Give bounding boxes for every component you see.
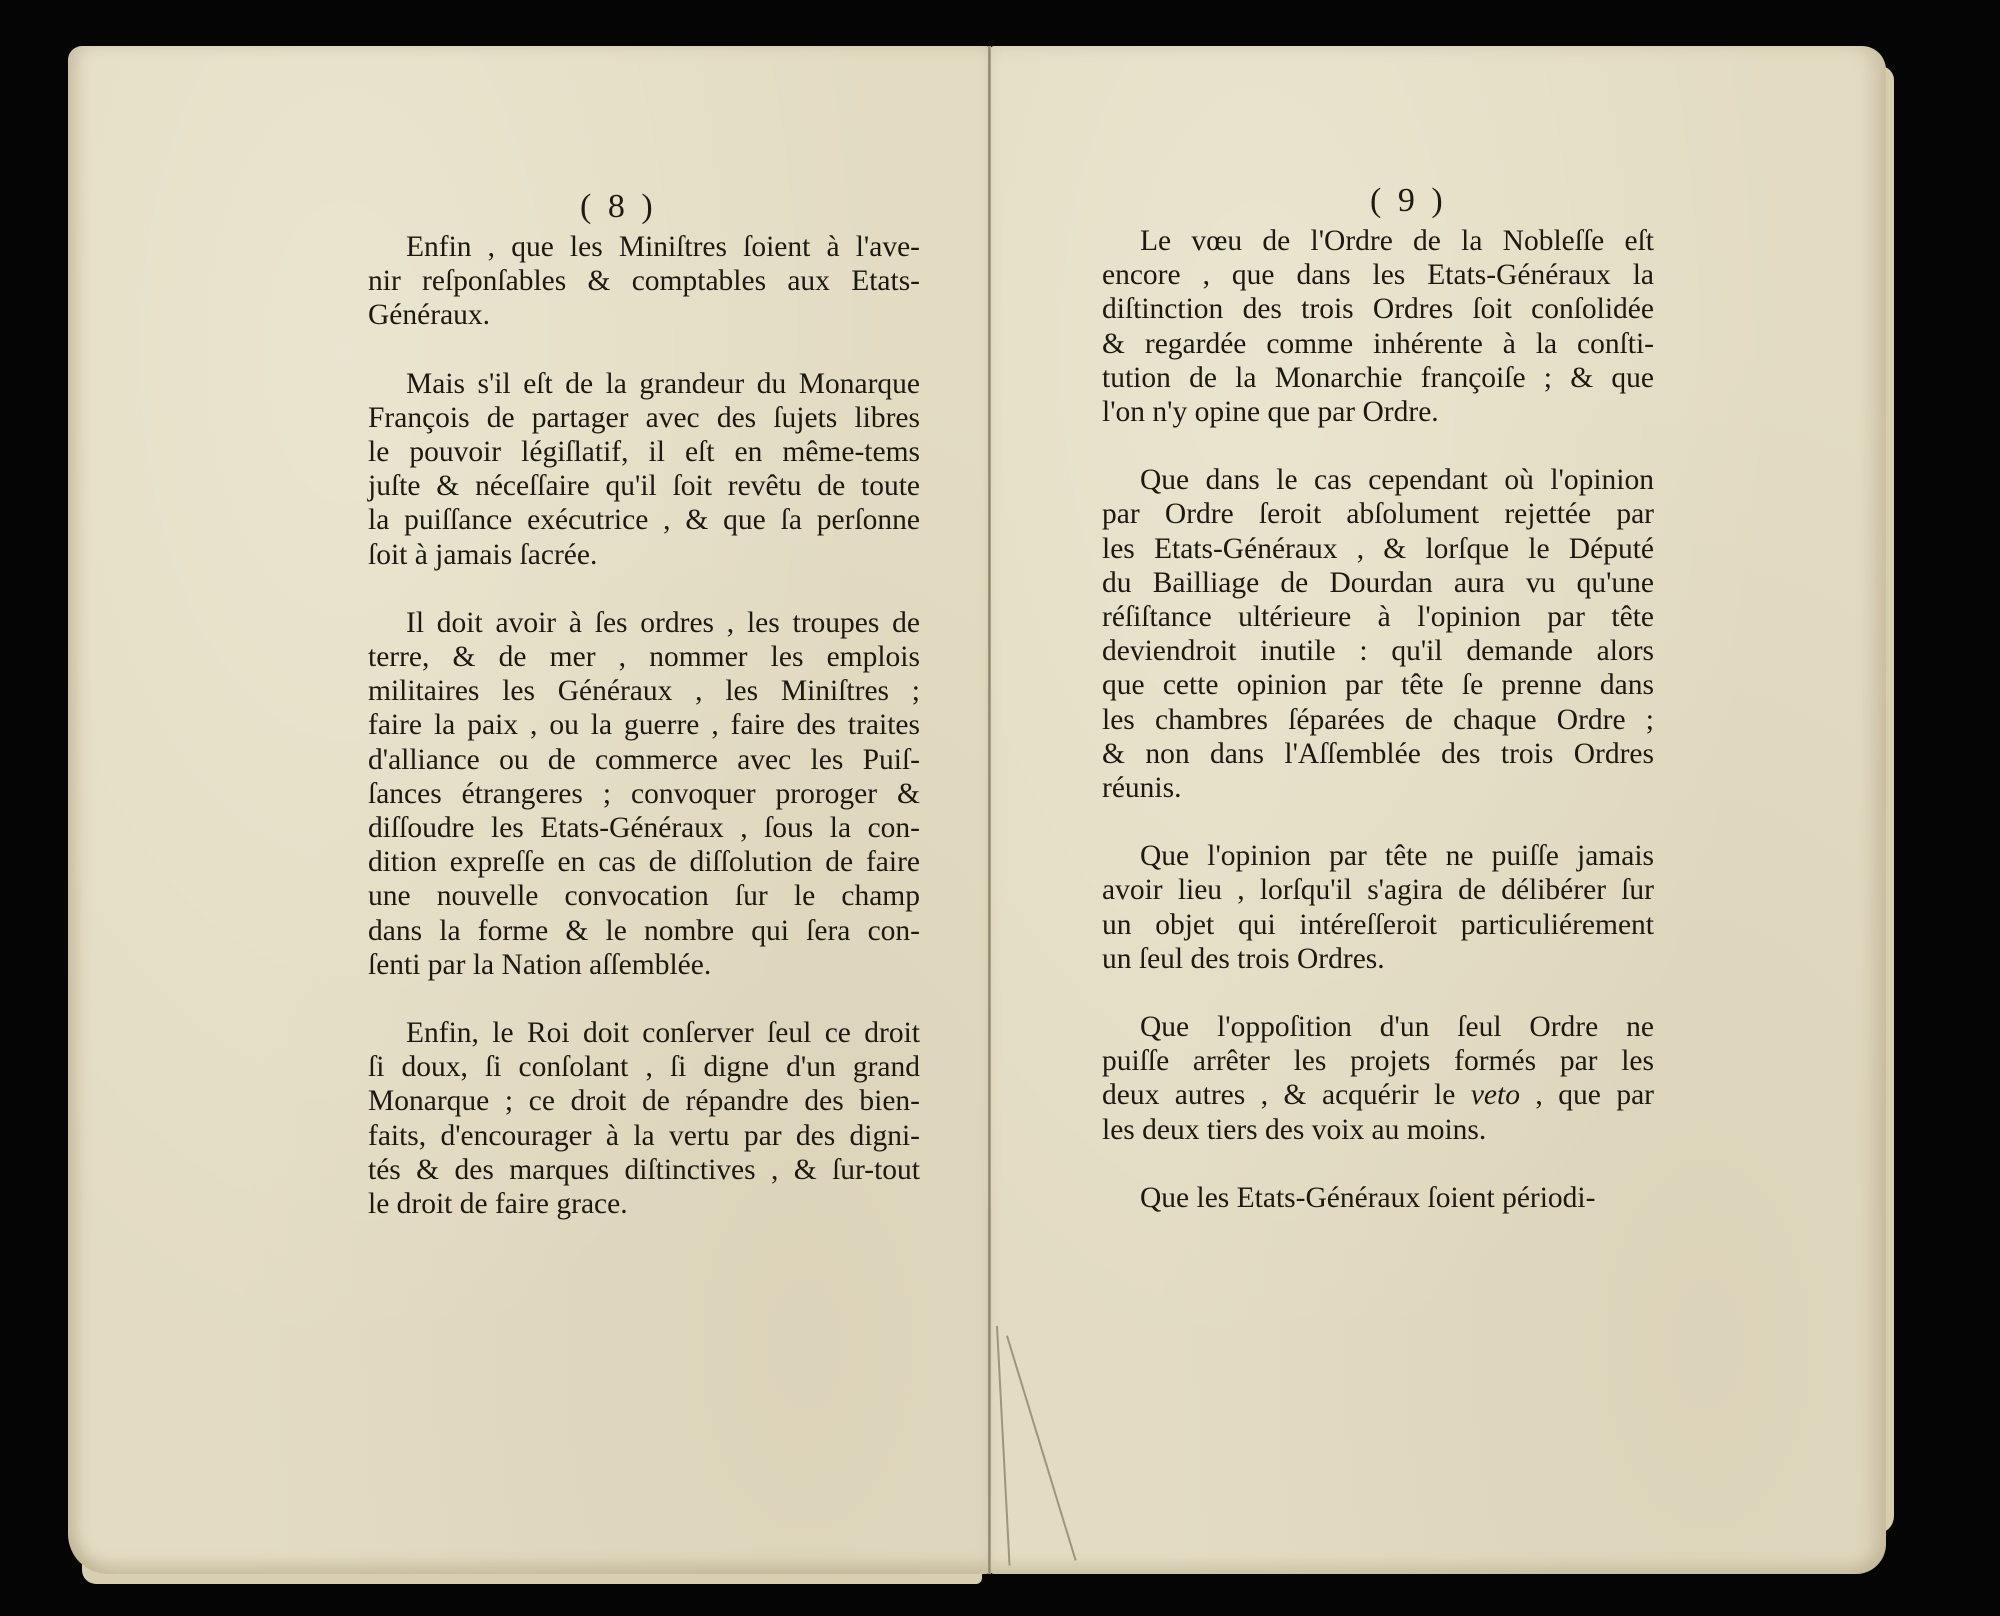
text-line: les Etats-Généraux , & lorſque le Député bbox=[1064, 532, 1654, 566]
paragraph: Il doit avoir à ſes ordres , les troupes… bbox=[330, 606, 920, 982]
text-line: François de partager avec des ſujets lib… bbox=[330, 401, 920, 435]
text-line: par Ordre ſeroit abſolument rejettée par bbox=[1064, 497, 1654, 531]
text-line: faire la paix , ou la guerre , faire des… bbox=[330, 708, 920, 742]
text-line: une nouvelle convocation ſur le champ bbox=[330, 879, 920, 913]
italic-word: veto bbox=[1471, 1079, 1520, 1111]
text-segment: , que par bbox=[1520, 1079, 1654, 1111]
text-line: terre, & de mer , nommer les emplois bbox=[330, 640, 920, 674]
text-line: Que les Etats-Généraux ſoient périodi- bbox=[1064, 1181, 1654, 1215]
paragraph: Le vœu de l'Ordre de la Nobleſſe eſt enc… bbox=[1064, 224, 1654, 429]
text-line: nir reſponſables & comptables aux Etats- bbox=[330, 264, 920, 298]
book-spine bbox=[988, 46, 991, 1574]
paragraph: Enfin , que les Miniſtres ſoient à l'ave… bbox=[330, 230, 920, 333]
text-line: le pouvoir légiſlatif, il eſt en même-te… bbox=[330, 435, 920, 469]
text-line: Enfin , que les Miniſtres ſoient à l'ave… bbox=[330, 230, 920, 264]
text-line: la puiſſance exécutrice , & que ſa perſo… bbox=[330, 503, 920, 537]
text-line: réunis. bbox=[1064, 771, 1654, 805]
text-line: & non dans l'Aſſemblée des trois Ordres bbox=[1064, 737, 1654, 771]
text-line: du Bailliage de Dourdan aura vu qu'une bbox=[1064, 566, 1654, 600]
right-text-column: Le vœu de l'Ordre de la Nobleſſe eſt enc… bbox=[1064, 224, 1654, 1215]
text-line: Généraux. bbox=[330, 298, 920, 332]
text-line: Le vœu de l'Ordre de la Nobleſſe eſt bbox=[1064, 224, 1654, 258]
text-line: Mais s'il eſt de la grandeur du Monarque bbox=[330, 367, 920, 401]
text-line: avoir lieu , lorſqu'il s'agira de délibé… bbox=[1064, 873, 1654, 907]
text-line: faits, d'encourager à la vertu par des d… bbox=[330, 1119, 920, 1153]
text-line: ſances étrangeres ; convoquer proroger & bbox=[330, 777, 920, 811]
text-line: tés & des marques diſtinctives , & ſur-t… bbox=[330, 1153, 920, 1187]
text-line: juſte & néceſſaire qu'il ſoit revêtu de … bbox=[330, 469, 920, 503]
left-page-under-edge bbox=[82, 1560, 982, 1584]
text-line: ſi doux, ſi conſolant , ſi digne d'un gr… bbox=[330, 1050, 920, 1084]
left-page: ( 8 ) Enfin , que les Miniſtres ſoient à… bbox=[68, 46, 990, 1574]
text-line: le droit de faire grace. bbox=[330, 1187, 920, 1221]
text-line: diſſoudre les Etats-Généraux , ſous la c… bbox=[330, 811, 920, 845]
text-line: Enfin, le Roi doit conſerver ſeul ce dro… bbox=[330, 1016, 920, 1050]
right-page-fore-edge bbox=[1876, 66, 1894, 1534]
book-spread: ( 8 ) Enfin , que les Miniſtres ſoient à… bbox=[68, 46, 1886, 1574]
text-line: l'on n'y opine que par Ordre. bbox=[1064, 395, 1654, 429]
text-line-with-italic: deux autres , & acquérir le veto , que p… bbox=[1064, 1078, 1654, 1112]
text-line: puiſſe arrêter les projets formés par le… bbox=[1064, 1044, 1654, 1078]
page-number-left: ( 8 ) bbox=[580, 188, 657, 226]
text-line: ſoit à jamais ſacrée. bbox=[330, 538, 920, 572]
text-line: un ſeul des trois Ordres. bbox=[1064, 942, 1654, 976]
page-number-right: ( 9 ) bbox=[1370, 182, 1447, 220]
text-line: les chambres ſéparées de chaque Ordre ; bbox=[1064, 703, 1654, 737]
text-line: diſtinction des trois Ordres ſoit conſol… bbox=[1064, 292, 1654, 326]
text-line: que cette opinion par tête ſe prenne dan… bbox=[1064, 668, 1654, 702]
left-text-column: Enfin , que les Miniſtres ſoient à l'ave… bbox=[330, 230, 920, 1221]
text-line: réſiſtance ultérieure à l'opinion par tê… bbox=[1064, 600, 1654, 634]
paragraph: Que les Etats-Généraux ſoient périodi- bbox=[1064, 1181, 1654, 1215]
text-line: Que dans le cas cependant où l'opinion bbox=[1064, 463, 1654, 497]
text-line: Que l'oppoſition d'un ſeul Ordre ne bbox=[1064, 1010, 1654, 1044]
paragraph: Que l'oppoſition d'un ſeul Ordre ne puiſ… bbox=[1064, 1010, 1654, 1147]
text-line: Monarque ; ce droit de répandre des bien… bbox=[330, 1084, 920, 1118]
text-line: militaires les Généraux , les Miniſtres … bbox=[330, 674, 920, 708]
text-line: un objet qui intéreſſeroit particuliérem… bbox=[1064, 908, 1654, 942]
right-page: ( 9 ) Le vœu de l'Ordre de la Nobleſſe e… bbox=[990, 46, 1886, 1574]
text-line: d'alliance ou de commerce avec les Puiſ- bbox=[330, 743, 920, 777]
text-line: Que l'opinion par tête ne puiſſe jamais bbox=[1064, 839, 1654, 873]
text-line: encore , que dans les Etats-Généraux la bbox=[1064, 258, 1654, 292]
text-line: & regardée comme inhérente à la conſti- bbox=[1064, 327, 1654, 361]
paragraph: Mais s'il eſt de la grandeur du Monarque… bbox=[330, 367, 920, 572]
text-line: les deux tiers des voix au moins. bbox=[1064, 1113, 1654, 1147]
paragraph: Enfin, le Roi doit conſerver ſeul ce dro… bbox=[330, 1016, 920, 1221]
text-segment: deux autres , & acquérir le bbox=[1102, 1079, 1471, 1111]
text-line: dans la forme & le nombre qui ſera con- bbox=[330, 914, 920, 948]
text-line: dition expreſſe en cas de diſſolution de… bbox=[330, 845, 920, 879]
text-line: ſenti par la Nation aſſemblée. bbox=[330, 948, 920, 982]
paragraph: Que l'opinion par tête ne puiſſe jamais … bbox=[1064, 839, 1654, 976]
text-line: tution de la Monarchie françoiſe ; & que bbox=[1064, 361, 1654, 395]
text-line: Il doit avoir à ſes ordres , les troupes… bbox=[330, 606, 920, 640]
paragraph: Que dans le cas cependant où l'opinion p… bbox=[1064, 463, 1654, 805]
text-line: deviendroit inutile : qu'il demande alor… bbox=[1064, 634, 1654, 668]
